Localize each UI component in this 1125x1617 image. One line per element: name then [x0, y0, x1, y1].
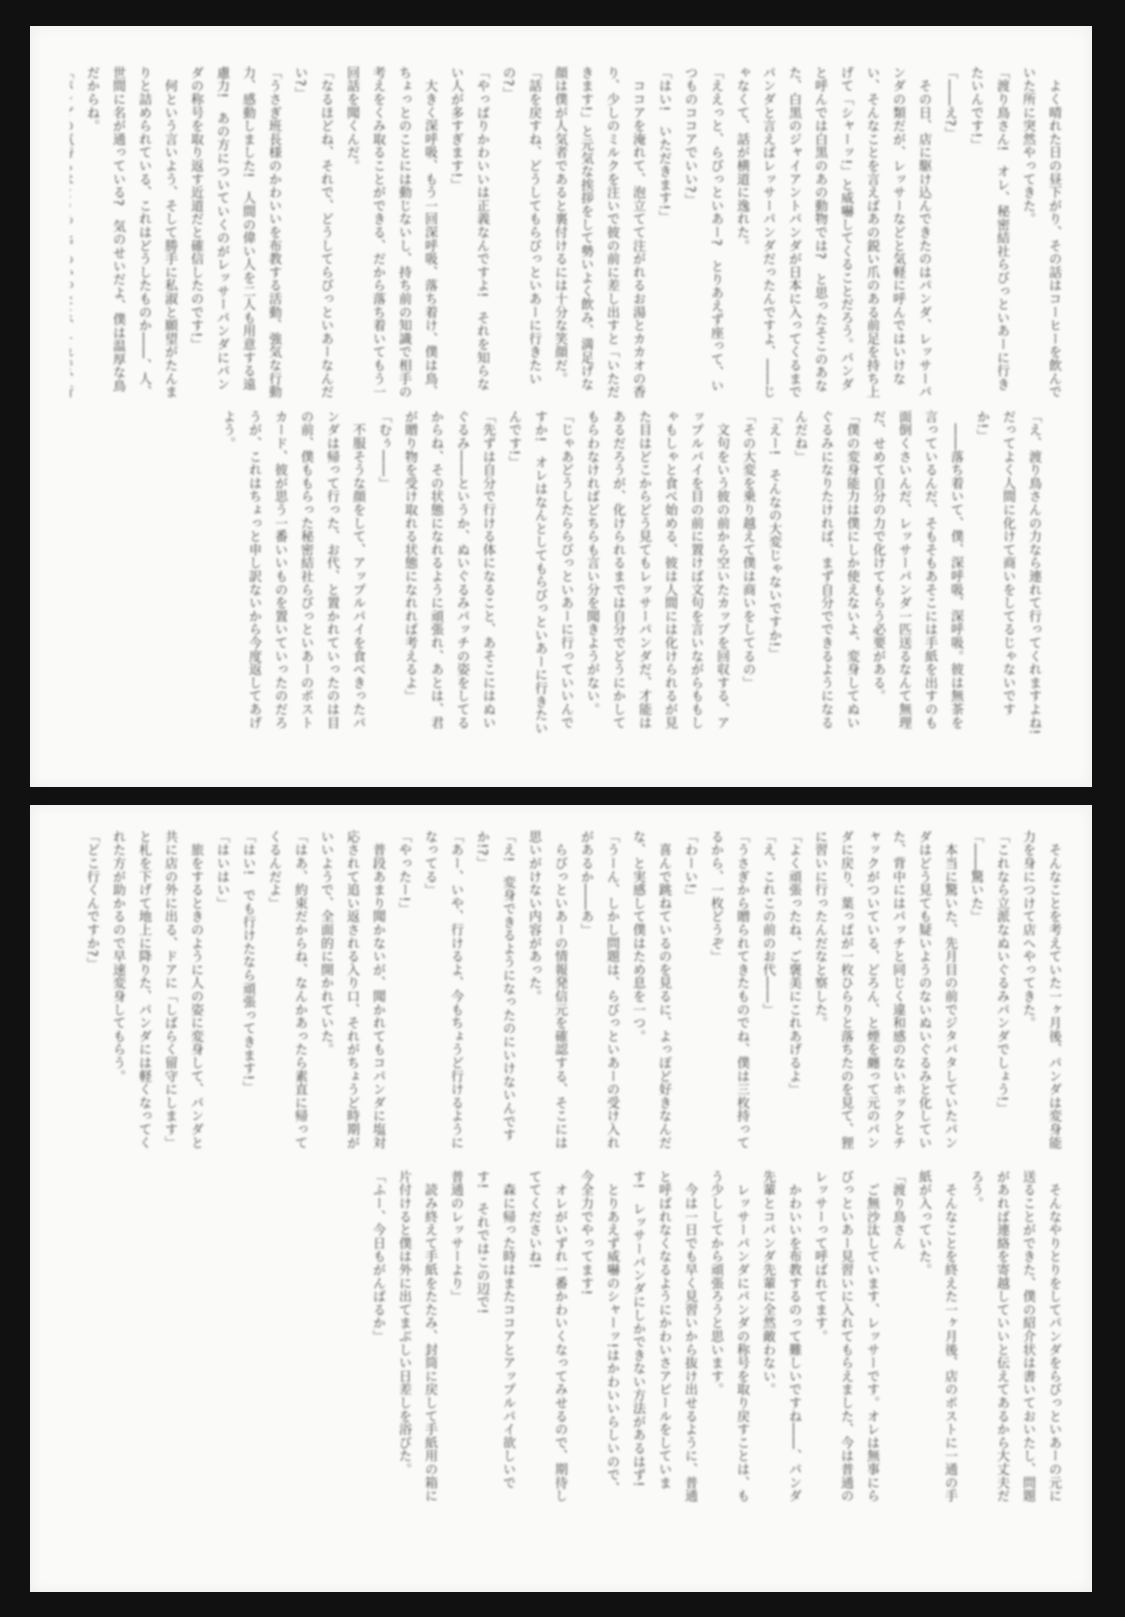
paragraph: 「うーん、しかし問題は、らびっといあーの受け入れがあるか――あ」	[572, 830, 624, 1162]
paragraph: 「えー! そんなの大変じゃないですか!」	[760, 410, 786, 740]
paragraph: 本当に驚いた、先月目の前でジタバタしていたパンダはどう見ても疑いようのないぬいぐ…	[806, 830, 962, 1162]
paragraph: 「パンダの気持ちはとりあえずわかったよ、それで、行くとしてどうやって行くつもり?…	[70, 66, 78, 402]
page-1-lower-text-block: 「え、渡り鳥さんの力なら連れて行ってくれますよね! だってよく人間に化けて商いを…	[70, 410, 1046, 740]
paragraph: 「え、これこの前のお代――」	[754, 830, 780, 1162]
paragraph: 何という言いよう、そして勝手に私淑と願望がたんまりと詰められている、これはどうし…	[78, 66, 182, 402]
paragraph: 不服そうな顔をして、アップルパイを食べきったパンダは帰って行った、お代、と置かれ…	[214, 410, 370, 740]
paragraph: 「はあ、約束だからね、なんかあったら素直に帰ってくるんだよ」	[260, 830, 312, 1162]
paragraph: 「あー、いや、行けるよ、今もちょうど行けるようになってる」	[416, 830, 468, 1162]
paragraph: 「うさぎ班長様のかわいいを布教する活動、強気な行動力、感動しました! 人間の偉い…	[182, 66, 286, 402]
paragraph: 「僕の変身能力は僕にしか使えないよ、変身してぬいぐるみになりたければ、まず自分で…	[786, 410, 864, 740]
paragraph: 「なるほどね、それで、どうしてらびっといあーなんだい?」	[286, 66, 338, 402]
paragraph: 「よく頑張ったね、ご褒美にこれあげるよ」	[780, 830, 806, 1162]
paragraph: 「渡り鳥さん! オレ、秘密結社らびっといあーに行きたいんです!」	[962, 66, 1014, 402]
paragraph: 旅をするときのように人の姿に変身して、パンダと共に店の外に出る、ドアに「しばらく…	[104, 830, 208, 1162]
paragraph: 「どこ行くんですか?」	[85, 830, 104, 1162]
paragraph: 「はい! いただきます!」	[650, 66, 676, 402]
paragraph: 読み終えて手紙をたたみ、封筒に戻して手紙用の箱に片付けると僕は外に出てまぶしい日…	[390, 1170, 442, 1505]
paragraph: 「先ずは自分で行ける体になること、あそこにはぬいぐるみ――というか、ぬいぐるみパ…	[396, 410, 500, 740]
paragraph: 喜んで跳ねているのを見るに、よっぽど好きなんだな、と実感して僕はため息を一つ。	[624, 830, 676, 1162]
paragraph: 「うさぎから贈られてきたものでね、僕は三枚持ってるから、一枚どうぞ」	[702, 830, 754, 1162]
paragraph: 「やっぱりかわいいは正義なんですよ! それを知らない人が多すぎます!」	[442, 66, 494, 402]
paragraph: 「話を戻すね、どうしてもらびっといあーに行きたいの?」	[494, 66, 546, 402]
page-1-upper-text-block: よく晴れた日の昼下がり、その話はコーヒーを飲んでいた所に突然やってきた。「渡り鳥…	[70, 66, 1066, 402]
paragraph: 「――驚いた」	[962, 830, 988, 1162]
paragraph: ご無沙汰しています、レッサーです。オレは無事にらびっといあー見習いに入れてもらえ…	[806, 1170, 884, 1505]
paragraph: 「ふー、今日もがんばるか」	[364, 1170, 390, 1505]
paragraph: 今は一日でも早く見習いから抜け出せるように、普通と呼ばれなくなるようにかわいさア…	[624, 1170, 702, 1505]
paragraph: 文句をいう彼の前から空いたカップを回収する、アップルパイを目の前に置けば文句を言…	[578, 410, 734, 740]
paragraph: とりあえず威嚇のシャーッ!はかわいいらしいので、今全力でやってます!	[572, 1170, 624, 1505]
paragraph: 普段あまり聞かないが、聞かれてもコパンダに塩対応されて追い返される入り口、それが…	[312, 830, 390, 1162]
scan-background: よく晴れた日の昼下がり、その話はコーヒーを飲んでいた所に突然やってきた。「渡り鳥…	[0, 0, 1125, 1617]
page-1: よく晴れた日の昼下がり、その話はコーヒーを飲んでいた所に突然やってきた。「渡り鳥…	[30, 26, 1092, 787]
paragraph: 「わーい!」	[676, 830, 702, 1162]
paragraph: 「え、渡り鳥さんの力なら連れて行ってくれますよね! だってよく人間に化けて商いを…	[968, 410, 1046, 740]
paragraph: 「やったー!」	[390, 830, 416, 1162]
paragraph: らびっといあーの情報発信元を確認する、そこには思いがけない内容があった。	[520, 830, 572, 1162]
paragraph: そんなことを考えていた一ヶ月後、パンダは変身能力を身につけて店へやってきた。	[1014, 830, 1066, 1162]
paragraph: 「その大変を乗り越えて僕は商いをしてるの」	[734, 410, 760, 740]
paragraph: オレがいずれ一番かわいくなってみせるので、期待しててくださいね!	[520, 1170, 572, 1505]
paragraph: 「――え?」	[936, 66, 962, 402]
paragraph: 森に帰った時はまたココアとアップルパイ欲しいです! それではこの辺で!	[468, 1170, 520, 1505]
paragraph: そんなやりとりをしてパンダをらびっといあーの元に送ることができた、僕の紹介状は書…	[962, 1170, 1066, 1505]
page-2-upper-text-block: そんなことを考えていた一ヶ月後、パンダは変身能力を身につけて店へやってきた。「こ…	[85, 830, 1066, 1162]
paragraph: 「ええっと、らびっといあー? とりあえず座って、いつものココアでいい?」	[676, 66, 728, 402]
paragraph: その日、店に駆け込んできたのはパンダ、レッサーパンダの類だが、レッサーなどと気軽…	[728, 66, 936, 402]
paragraph: よく晴れた日の昼下がり、その話はコーヒーを飲んでいた所に突然やってきた。	[1014, 66, 1066, 402]
paragraph: 大きく深呼吸、もう一回深呼吸、落ち着け、僕は鳥、ちょっとのことには動じないし、持…	[338, 66, 442, 402]
paragraph: ココアを淹れて、泡立てて注がれるお湯とカカオの香り、少しのミルクを注いで彼の前に…	[546, 66, 650, 402]
paragraph: 「はい! でも行けたなら頑張ってきます!」	[234, 830, 260, 1162]
paragraph: 「じゃあどうしたららびっといあーに行っていいんですか! オレはなんとしてもらびっ…	[500, 410, 578, 740]
paragraph: 「渡り鳥さん	[884, 1170, 910, 1505]
paragraph: 「え! 変身できるようになったのにいけないんですか!?」	[468, 830, 520, 1162]
paragraph: そんなことを終えた一ヶ月後、店のポストに一通の手紙が入っていた。	[910, 1170, 962, 1505]
paragraph: 「はいはい」	[208, 830, 234, 1162]
paragraph: 「むぅ――」	[370, 410, 396, 740]
paragraph: レッサーパンダにパンダの称号を取り戻すことは、もう少ししてから頑張ろうと思います…	[702, 1170, 754, 1505]
paragraph: 普通のレッサーより」	[442, 1170, 468, 1505]
page-2-lower-text-block: そんなやりとりをしてパンダをらびっといあーの元に送ることができた、僕の紹介状は書…	[85, 1170, 1066, 1505]
paragraph: かわいいを布教するのって難しいですね――、パンダ先輩とコパンダ先輩に全然敵わない…	[754, 1170, 806, 1505]
paragraph: ――落ち着いて、僕、深呼吸、深呼吸。彼は無茶を言っているんだ、そもそもあそこには…	[864, 410, 968, 740]
paragraph: 「これなら立派なぬいぐるみパンダでしょう!」	[988, 830, 1014, 1162]
page-2: そんなことを考えていた一ヶ月後、パンダは変身能力を身につけて店へやってきた。「こ…	[30, 805, 1092, 1592]
